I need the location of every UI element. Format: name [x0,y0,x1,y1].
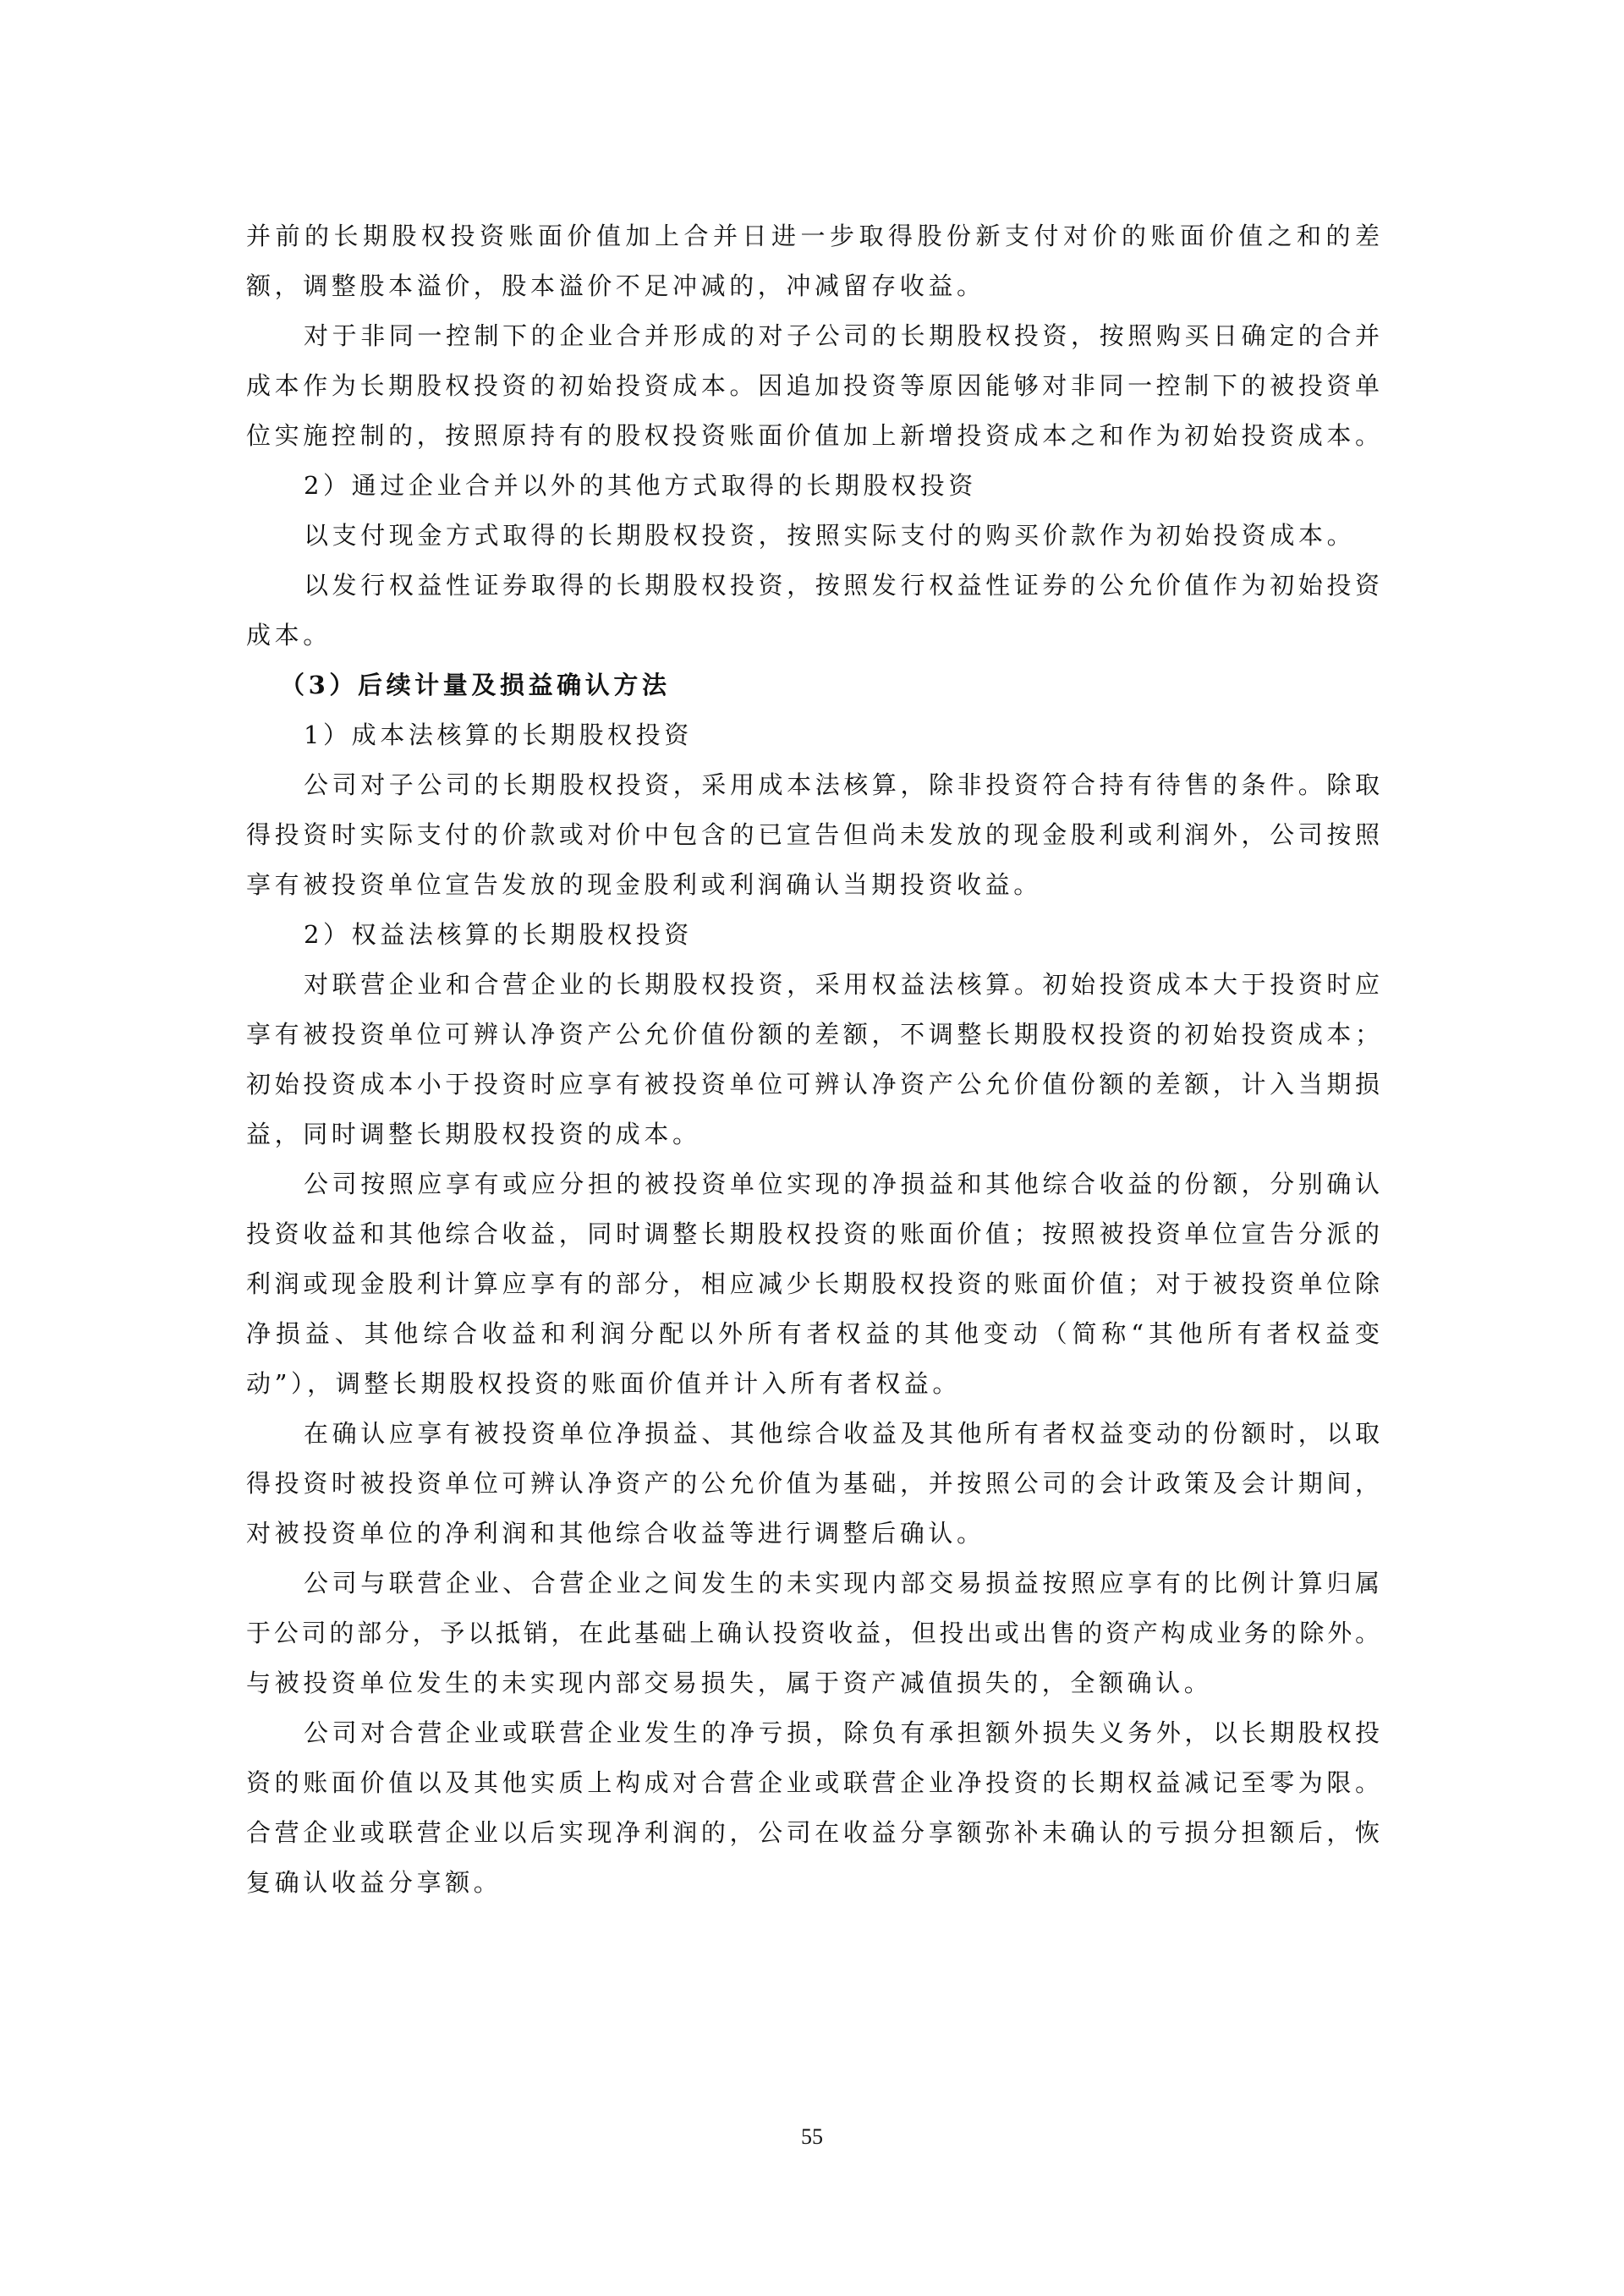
body-line: 并前的长期股权投资账面价值加上合并日进一步取得股份新支付对价的账面价值之和的差 [246,211,1380,261]
body-line: 额，调整股本溢价，股本溢价不足冲减的，冲减留存收益。 [246,261,1380,311]
body-line: 合营企业或联营企业以后实现净利润的，公司在收益分享额弥补未确认的亏损分担额后，恢 [246,1808,1380,1858]
body-line: 对联营企业和合营企业的长期股权投资，采用权益法核算。初始投资成本大于投资时应 [246,960,1380,1010]
body-line: 对于非同一控制下的企业合并形成的对子公司的长期股权投资，按照购买日确定的合并 [246,311,1380,361]
body-line: 于公司的部分，予以抵销，在此基础上确认投资收益，但投出或出售的资产构成业务的除外… [246,1608,1380,1658]
body-line: 享有被投资单位可辨认净资产公允价值份额的差额，不调整长期股权投资的初始投资成本； [246,1010,1380,1060]
body-line: 位实施控制的，按照原持有的股权投资账面价值加上新增投资成本之和作为初始投资成本。 [246,411,1380,461]
body-line: 以发行权益性证券取得的长期股权投资，按照发行权益性证券的公允价值作为初始投资 [246,561,1380,611]
body-line: 在确认应享有被投资单位净损益、其他综合收益及其他所有者权益变动的份额时，以取 [246,1409,1380,1459]
body-line: 净损益、其他综合收益和利润分配以外所有者权益的其他变动（简称“其他所有者权益变 [246,1309,1380,1359]
body-line: 动”），调整长期股权投资的账面价值并计入所有者权益。 [246,1359,1380,1409]
body-line: 成本。 [246,611,1380,660]
body-line: 与被投资单位发生的未实现内部交易损失，属于资产减值损失的，全额确认。 [246,1658,1380,1708]
body-line: 公司按照应享有或应分担的被投资单位实现的净损益和其他综合收益的份额，分别确认 [246,1159,1380,1209]
body-line: 公司与联营企业、合营企业之间发生的未实现内部交易损益按照应享有的比例计算归属 [246,1559,1380,1608]
body-line: 得投资时实际支付的价款或对价中包含的已宣告但尚未发放的现金股利或利润外，公司按照 [246,810,1380,860]
subsection-heading: 2）权益法核算的长期股权投资 [246,910,1380,960]
subsection-heading: 1）成本法核算的长期股权投资 [246,710,1380,760]
body-line: 享有被投资单位宣告发放的现金股利或利润确认当期投资收益。 [246,860,1380,910]
body-line: 对被投资单位的净利润和其他综合收益等进行调整后确认。 [246,1509,1380,1559]
body-line: 益，同时调整长期股权投资的成本。 [246,1110,1380,1159]
body-line: 初始投资成本小于投资时应享有被投资单位可辨认净资产公允价值份额的差额，计入当期损 [246,1060,1380,1110]
body-line: 复确认收益分享额。 [246,1858,1380,1908]
document-body: 并前的长期股权投资账面价值加上合并日进一步取得股份新支付对价的账面价值之和的差 … [246,211,1380,1908]
body-line: 利润或现金股利计算应享有的部分，相应减少长期股权投资的账面价值；对于被投资单位除 [246,1259,1380,1309]
body-line: 资的账面价值以及其他实质上构成对合营企业或联营企业净投资的长期权益减记至零为限。 [246,1758,1380,1808]
page-number: 55 [0,2124,1624,2150]
section-heading: （3）后续计量及损益确认方法 [246,660,1380,710]
body-line: 投资收益和其他综合收益，同时调整长期股权投资的账面价值；按照被投资单位宣告分派的 [246,1209,1380,1259]
body-line: 得投资时被投资单位可辨认净资产的公允价值为基础，并按照公司的会计政策及会计期间， [246,1459,1380,1509]
subsection-heading: 2）通过企业合并以外的其他方式取得的长期股权投资 [246,461,1380,511]
body-line: 公司对合营企业或联营企业发生的净亏损，除负有承担额外损失义务外，以长期股权投 [246,1708,1380,1758]
body-line: 以支付现金方式取得的长期股权投资，按照实际支付的购买价款作为初始投资成本。 [246,511,1380,561]
body-line: 公司对子公司的长期股权投资，采用成本法核算，除非投资符合持有待售的条件。除取 [246,760,1380,810]
body-line: 成本作为长期股权投资的初始投资成本。因追加投资等原因能够对非同一控制下的被投资单 [246,361,1380,411]
